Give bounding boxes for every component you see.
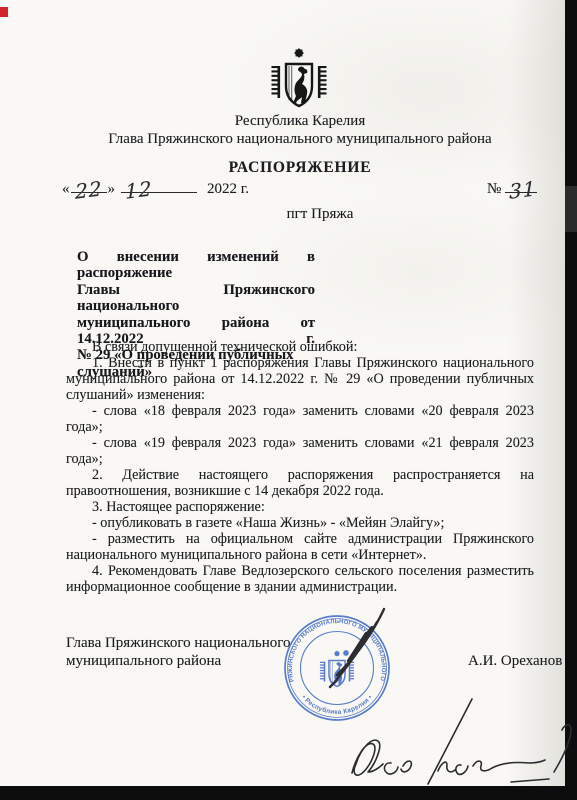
body-line: муниципального района от 14.12.2022 г. №…: [66, 371, 534, 387]
body-paragraph: 1. Внести в пункт 1 распоряжения Главы П…: [66, 355, 534, 403]
signatory-name: А.И. Ореханов: [468, 653, 562, 670]
body-line: слушаний» изменения:: [66, 387, 534, 403]
body-paragraph: - опубликовать в газете «Наша Жизнь» - «…: [66, 515, 534, 531]
place-line: пгт Пряжа: [40, 206, 577, 223]
date-number-row: «22»122022 г. №31: [0, 181, 577, 207]
body-line: национального муниципального района в се…: [66, 547, 534, 563]
body-paragraph: - разместить на официальном сайте админи…: [66, 531, 534, 563]
body-line: информационное сообщение в здании админи…: [66, 579, 534, 595]
body-paragraph: - слова «19 февраля 2023 года» заменить …: [66, 435, 534, 467]
body-paragraph: 3. Настоящее распоряжение:: [66, 499, 534, 515]
body-text: В связи допущенной технической ошибкой:1…: [66, 339, 534, 595]
body-line: 1. Внести в пункт 1 распоряжения Главы П…: [66, 355, 534, 371]
number-blank: 31: [505, 192, 537, 193]
handwritten-month: 12: [125, 178, 153, 201]
authority-line: Глава Пряжинского национального муниципа…: [40, 130, 560, 148]
scan-edge-right: [565, 0, 577, 800]
document-type-title: РАСПОРЯЖЕНИЕ: [40, 159, 560, 177]
title-line: Главы Пряжинского национального: [77, 282, 315, 315]
day-blank: 22: [71, 192, 107, 193]
body-paragraph: 4. Рекомендовать Главе Ведлозерского сел…: [66, 563, 534, 595]
date-group: «22»122022 г.: [62, 181, 249, 198]
body-paragraph: - слова «18 февраля 2023 года» заменить …: [66, 403, 534, 435]
region-line: Республика Карелия: [40, 112, 560, 130]
handwritten-number: 31: [509, 178, 537, 201]
body-line: - слова «19 февраля 2023 года» заменить …: [66, 435, 534, 451]
body-line: В связи допущенной технической ошибкой:: [66, 339, 534, 355]
body-line: - слова «18 февраля 2023 года» заменить …: [66, 403, 534, 419]
year-label: 2022 г.: [207, 181, 249, 197]
red-marker-artifact: [0, 7, 8, 17]
number-group: №31: [487, 181, 537, 198]
month-blank: 12: [121, 192, 197, 193]
title-line: О внесении изменений в распоряжение: [77, 249, 315, 282]
close-quote: »: [108, 181, 116, 197]
body-line: - опубликовать в газете «Наша Жизнь» - «…: [66, 515, 534, 531]
open-quote: «: [62, 181, 70, 197]
number-sign: №: [487, 181, 501, 197]
scan-edge-bottom: [0, 786, 577, 800]
handwritten-day: 22: [74, 178, 102, 201]
body-line: года»;: [66, 419, 534, 435]
body-line: 2. Действие настоящего распоряжения расп…: [66, 467, 534, 483]
body-line: - разместить на официальном сайте админи…: [66, 531, 534, 547]
body-paragraph: В связи допущенной технической ошибкой:: [66, 339, 534, 355]
body-line: года»;: [66, 451, 534, 467]
body-line: правоотношения, возникшие с 14 декабря 2…: [66, 483, 534, 499]
header-block: Республика Карелия Глава Пряжинского нац…: [40, 112, 560, 148]
official-round-seal: ГЛАВА ПРЯЖИНСКОГО НАЦИОНАЛЬНОГО МУНИЦИПА…: [282, 613, 392, 723]
scanned-document-page: Республика Карелия Глава Пряжинского нац…: [0, 0, 577, 800]
seal-center-arms-icon: [320, 650, 354, 687]
body-line: 4. Рекомендовать Главе Ведлозерского сел…: [66, 563, 534, 579]
body-paragraph: 2. Действие настоящего распоряжения расп…: [66, 467, 534, 499]
karelia-coat-of-arms-icon: [270, 45, 328, 111]
body-line: 3. Настоящее распоряжение:: [66, 499, 534, 515]
